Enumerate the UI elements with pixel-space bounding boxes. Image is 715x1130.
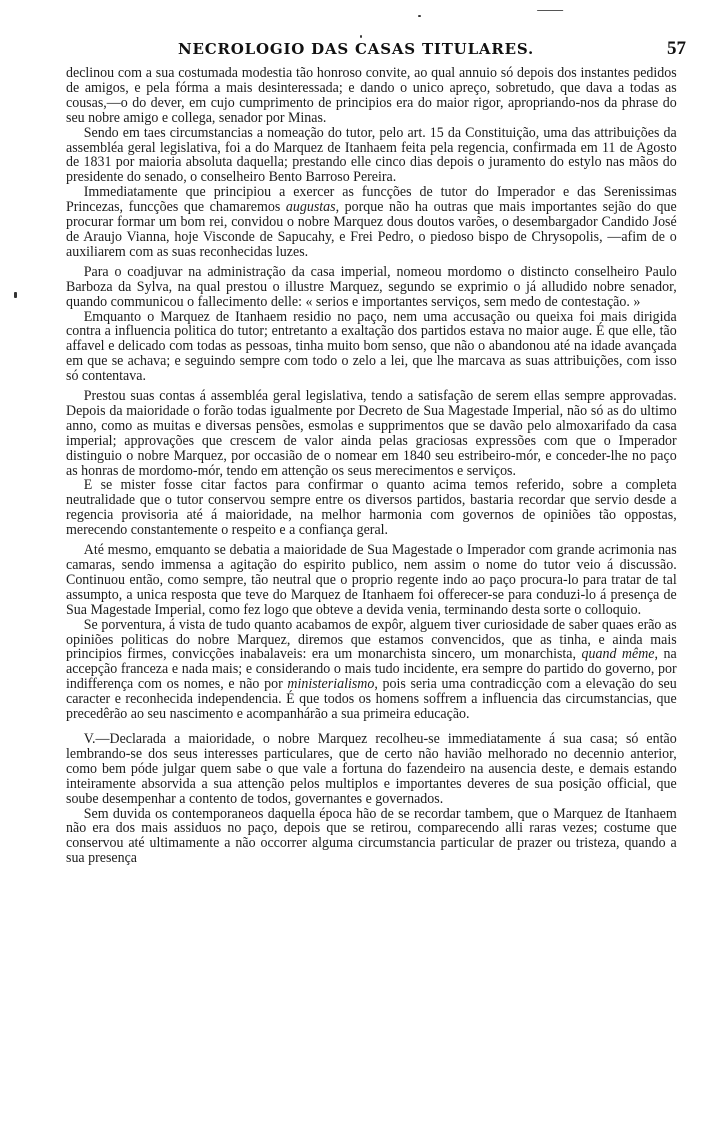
paragraph: Para o coadjuvar na administração da cas…	[66, 265, 677, 310]
paragraph: Sendo em taes circumstancias a nomeação …	[66, 126, 677, 186]
paragraph: declinou com a sua costumada modestia tã…	[66, 66, 677, 126]
italic-term: ministerialismo	[287, 676, 374, 692]
book-page: NECROLOGIO DAS CASAS TITULARES. 57 decli…	[0, 0, 715, 1130]
italic-term: augustas	[286, 199, 336, 215]
margin-mark	[14, 292, 17, 298]
paragraph: Sem duvida os contemporaneos daquella ép…	[66, 807, 677, 867]
margin-pen-mark	[537, 0, 569, 11]
running-header: NECROLOGIO DAS CASAS TITULARES. 57	[66, 40, 686, 62]
page-number: 57	[667, 38, 686, 60]
paragraph: Emquanto o Marquez de Itanhaem residio n…	[66, 310, 677, 385]
print-speck	[418, 15, 421, 17]
paragraph: E se mister fosse citar factos para conf…	[66, 478, 677, 538]
paragraph: Immediatamente que principiou a exercer …	[66, 185, 677, 260]
paragraph: Se porventura, á vista de tudo quanto ac…	[66, 618, 677, 722]
section-paragraph: V.—Declarada a maioridade, o nobre Marqu…	[66, 732, 677, 807]
paragraph: Prestou suas contas á assembléa geral le…	[66, 389, 677, 478]
body-text: declinou com a sua costumada modestia tã…	[66, 66, 677, 866]
paragraph: Até mesmo, emquanto se debatia a maiorid…	[66, 543, 677, 618]
italic-term: quand même	[581, 646, 654, 662]
running-title: NECROLOGIO DAS CASAS TITULARES.	[178, 40, 534, 58]
print-speck	[360, 35, 362, 38]
